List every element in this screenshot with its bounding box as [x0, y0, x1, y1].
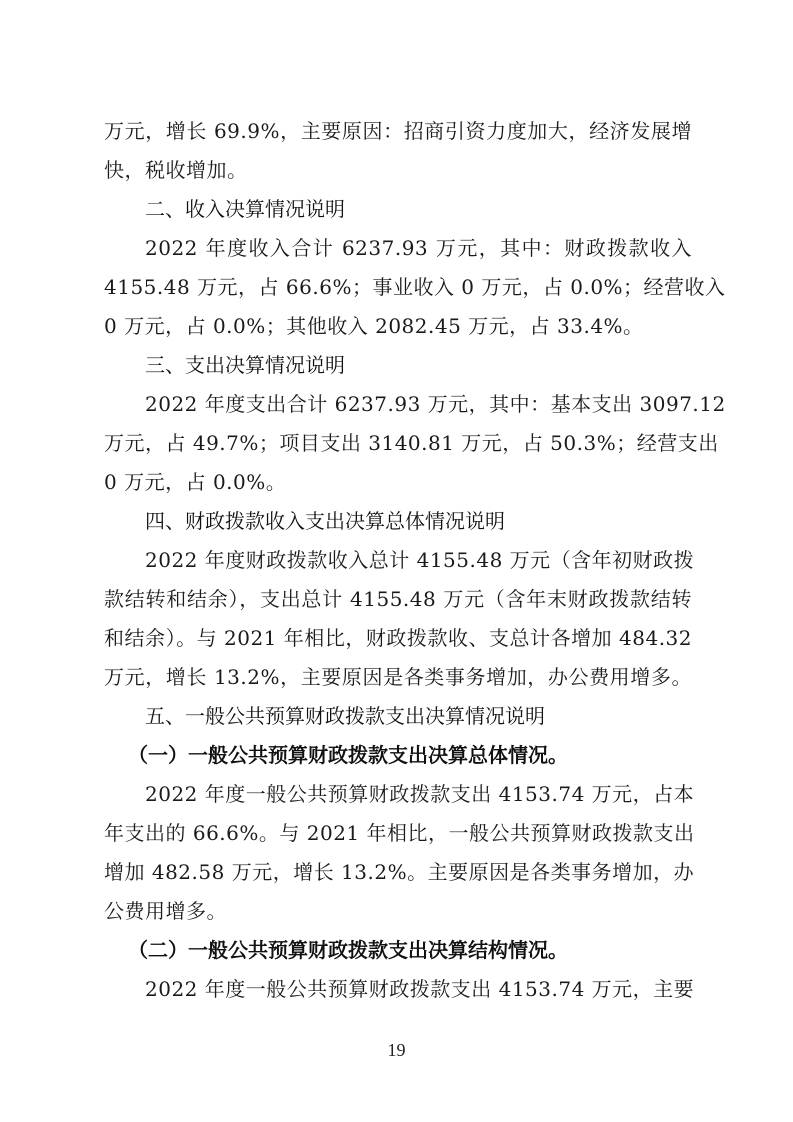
subsection-heading-structure: （二）一般公共预算财政拨款支出决算结构情况。	[128, 935, 568, 965]
paragraph-line: 2022 年度一般公共预算财政拨款支出 4153.74 万元，占本	[145, 779, 692, 809]
paragraph-line: 万元，增长 69.9%，主要原因：招商引资力度加大，经济发展增	[104, 116, 692, 146]
paragraph-line: 2022 年度收入合计 6237.93 万元，其中：财政拨款收入	[145, 233, 692, 263]
paragraph-line: 2022 年度支出合计 6237.93 万元，其中：基本支出 3097.12	[145, 389, 692, 419]
paragraph-line: 万元，增长 13.2%，主要原因是各类事务增加，办公费用增多。	[104, 662, 692, 692]
page-number: 19	[0, 1040, 793, 1061]
paragraph-line: 4155.48 万元，占 66.6%；事业收入 0 万元，占 0.0%；经营收入	[104, 272, 692, 302]
paragraph-line: 公费用增多。	[104, 896, 692, 926]
section-heading-expenditure: 三、支出决算情况说明	[145, 350, 345, 380]
section-heading-general-public-budget: 五、一般公共预算财政拨款支出决算情况说明	[145, 701, 545, 731]
paragraph-line: 2022 年度财政拨款收入总计 4155.48 万元（含年初财政拨	[145, 545, 692, 575]
paragraph-line: 2022 年度一般公共预算财政拨款支出 4153.74 万元，主要	[145, 974, 692, 1004]
section-heading-income: 二、收入决算情况说明	[145, 194, 345, 224]
paragraph-line: 和结余）。与 2021 年相比，财政拨款收、支总计各增加 484.32	[104, 623, 692, 653]
paragraph-line: 0 万元，占 0.0%；其他收入 2082.45 万元，占 33.4%。	[104, 311, 692, 341]
paragraph-line: 款结转和结余），支出总计 4155.48 万元（含年末财政拨款结转	[104, 584, 692, 614]
document-page: 万元，增长 69.9%，主要原因：招商引资力度加大，经济发展增 快，税收增加。 …	[0, 0, 793, 1122]
paragraph-line: 增加 482.58 万元，增长 13.2%。主要原因是各类事务增加，办	[104, 857, 692, 887]
paragraph-line: 快，税收增加。	[104, 155, 692, 185]
paragraph-line: 年支出的 66.6%。与 2021 年相比，一般公共预算财政拨款支出	[104, 818, 692, 848]
paragraph-line: 0 万元，占 0.0%。	[104, 467, 692, 497]
section-heading-fiscal-overall: 四、财政拨款收入支出决算总体情况说明	[145, 506, 505, 536]
paragraph-line: 万元，占 49.7%；项目支出 3140.81 万元，占 50.3%；经营支出	[104, 428, 692, 458]
subsection-heading-overall: （一）一般公共预算财政拨款支出决算总体情况。	[128, 740, 568, 770]
